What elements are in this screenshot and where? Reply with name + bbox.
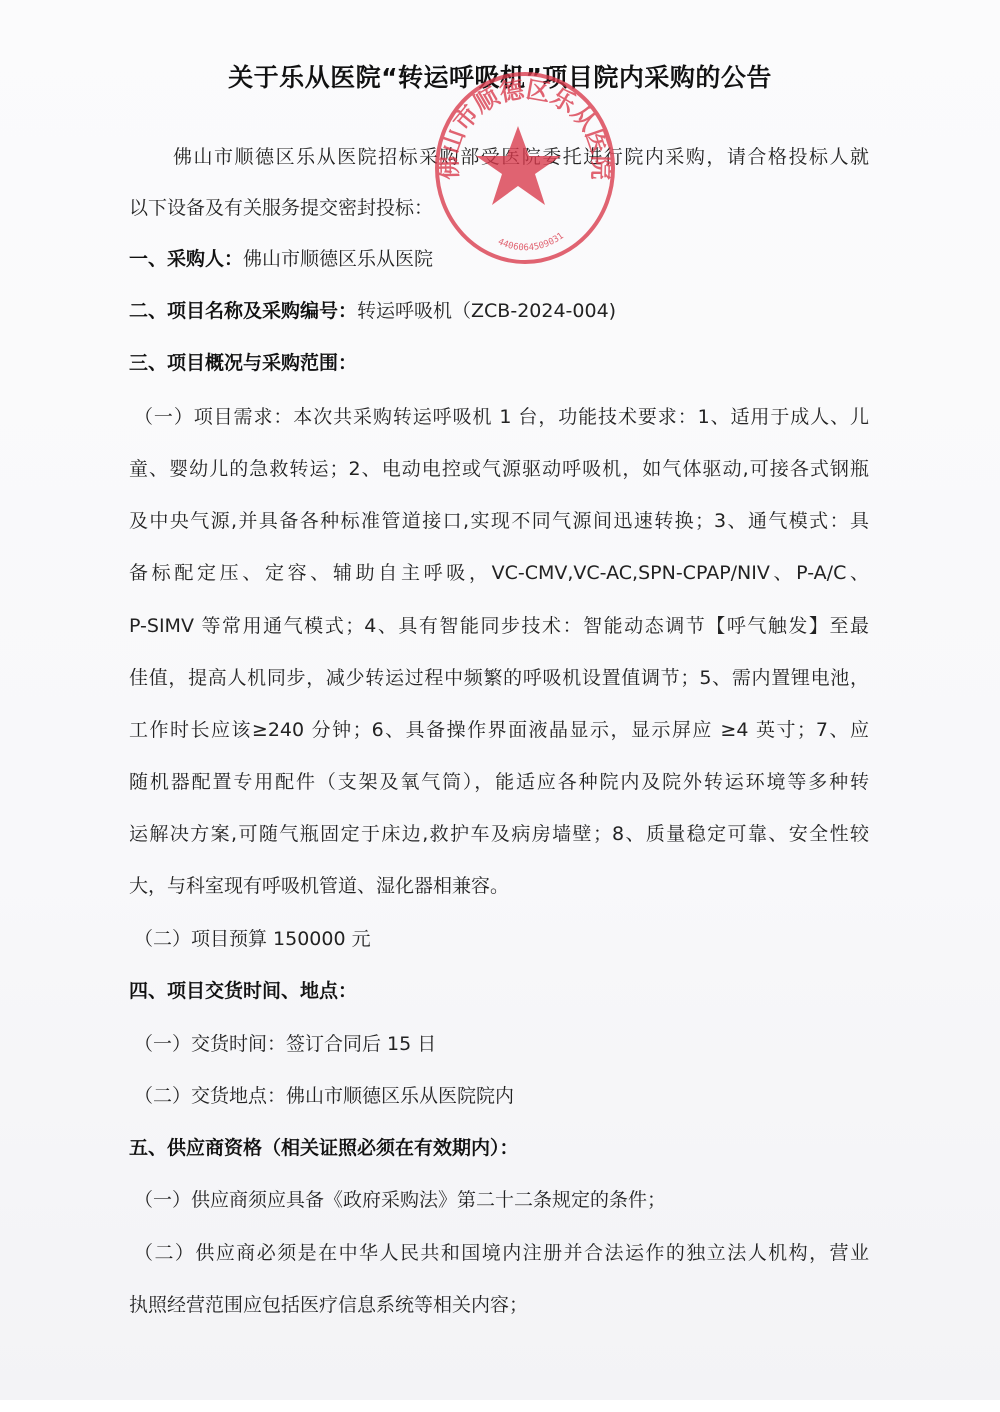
requirements-line: P-SIMV 等常用通气模式；4、具有智能同步技术：智能动态调节【呼气触发】至最 — [129, 613, 869, 639]
section-project-name-value: 转运呼吸机（ZCB-2024-004) — [357, 300, 616, 322]
intro-line-2: 以下设备及有关服务提交密封投标： — [129, 195, 869, 221]
project-budget: （二）项目预算 150000 元 — [134, 926, 874, 952]
section-delivery-heading: 四、项目交货时间、地点： — [129, 978, 869, 1004]
supplier-requirement-2-cont: 执照经营范围应包括医疗信息系统等相关内容； — [129, 1292, 869, 1318]
supplier-requirement-1: （一）供应商须应具备《政府采购法》第二十二条规定的条件； — [134, 1187, 874, 1213]
intro-line-1: 佛山市顺德区乐从医院招标采购部受医院委托进行院内采购，请合格投标人就 — [173, 144, 869, 170]
delivery-time: （一）交货时间：签订合同后 15 日 — [134, 1031, 874, 1057]
requirements-line: 运解决方案,可随气瓶固定于床边,救护车及病房墙壁；8、质量稳定可靠、安全性较 — [129, 821, 869, 847]
page-bottom-edge — [0, 1400, 1000, 1412]
requirements-line: 随机器配置专用配件（支架及氧气筒），能适应各种院内及院外转运环境等多种转 — [129, 769, 869, 795]
section-supplier-heading: 五、供应商资格（相关证照必须在有效期内）： — [129, 1135, 869, 1161]
document-title: 关于乐从医院“转运呼吸机”项目院内采购的公告 — [0, 58, 1000, 94]
section-overview-heading: 三、项目概况与采购范围： — [129, 350, 869, 376]
requirements-line: 佳值，提高人机同步，减少转运过程中频繁的呼吸机设置值调节；5、需内置锂电池， — [129, 665, 869, 691]
requirements-line: 大，与科室现有呼吸机管道、湿化器相兼容。 — [129, 873, 869, 899]
requirements-line: （一）项目需求：本次共采购转运呼吸机 1 台，功能技术要求：1、适用于成人、儿 — [134, 404, 869, 430]
section-project-name: 二、项目名称及采购编号：转运呼吸机（ZCB-2024-004) — [129, 298, 869, 324]
section-purchaser-value: 佛山市顺德区乐从医院 — [243, 248, 433, 270]
requirements-line: 及中央气源,并具备各种标准管道接口,实现不同气源间迅速转换；3、通气模式：具 — [129, 508, 869, 534]
requirements-line: 童、婴幼儿的急救转运；2、电动电控或气源驱动呼吸机，如气体驱动,可接各式钢瓶 — [129, 456, 869, 482]
delivery-place: （二）交货地点：佛山市顺德区乐从医院院内 — [134, 1083, 874, 1109]
requirements-line: 工作时长应该≥240 分钟；6、具备操作界面液晶显示，显示屏应 ≥4 英寸；7、… — [129, 717, 869, 743]
section-purchaser-heading: 一、采购人： — [129, 248, 243, 270]
section-purchaser: 一、采购人：佛山市顺德区乐从医院 — [129, 246, 869, 272]
supplier-requirement-2: （二）供应商必须是在中华人民共和国境内注册并合法运作的独立法人机构，营业 — [134, 1240, 869, 1266]
section-project-name-heading: 二、项目名称及采购编号： — [129, 300, 357, 322]
requirements-line: 备标配定压、定容、辅助自主呼吸，VC-CMV,VC-AC,SPN-CPAP/NI… — [129, 560, 869, 586]
